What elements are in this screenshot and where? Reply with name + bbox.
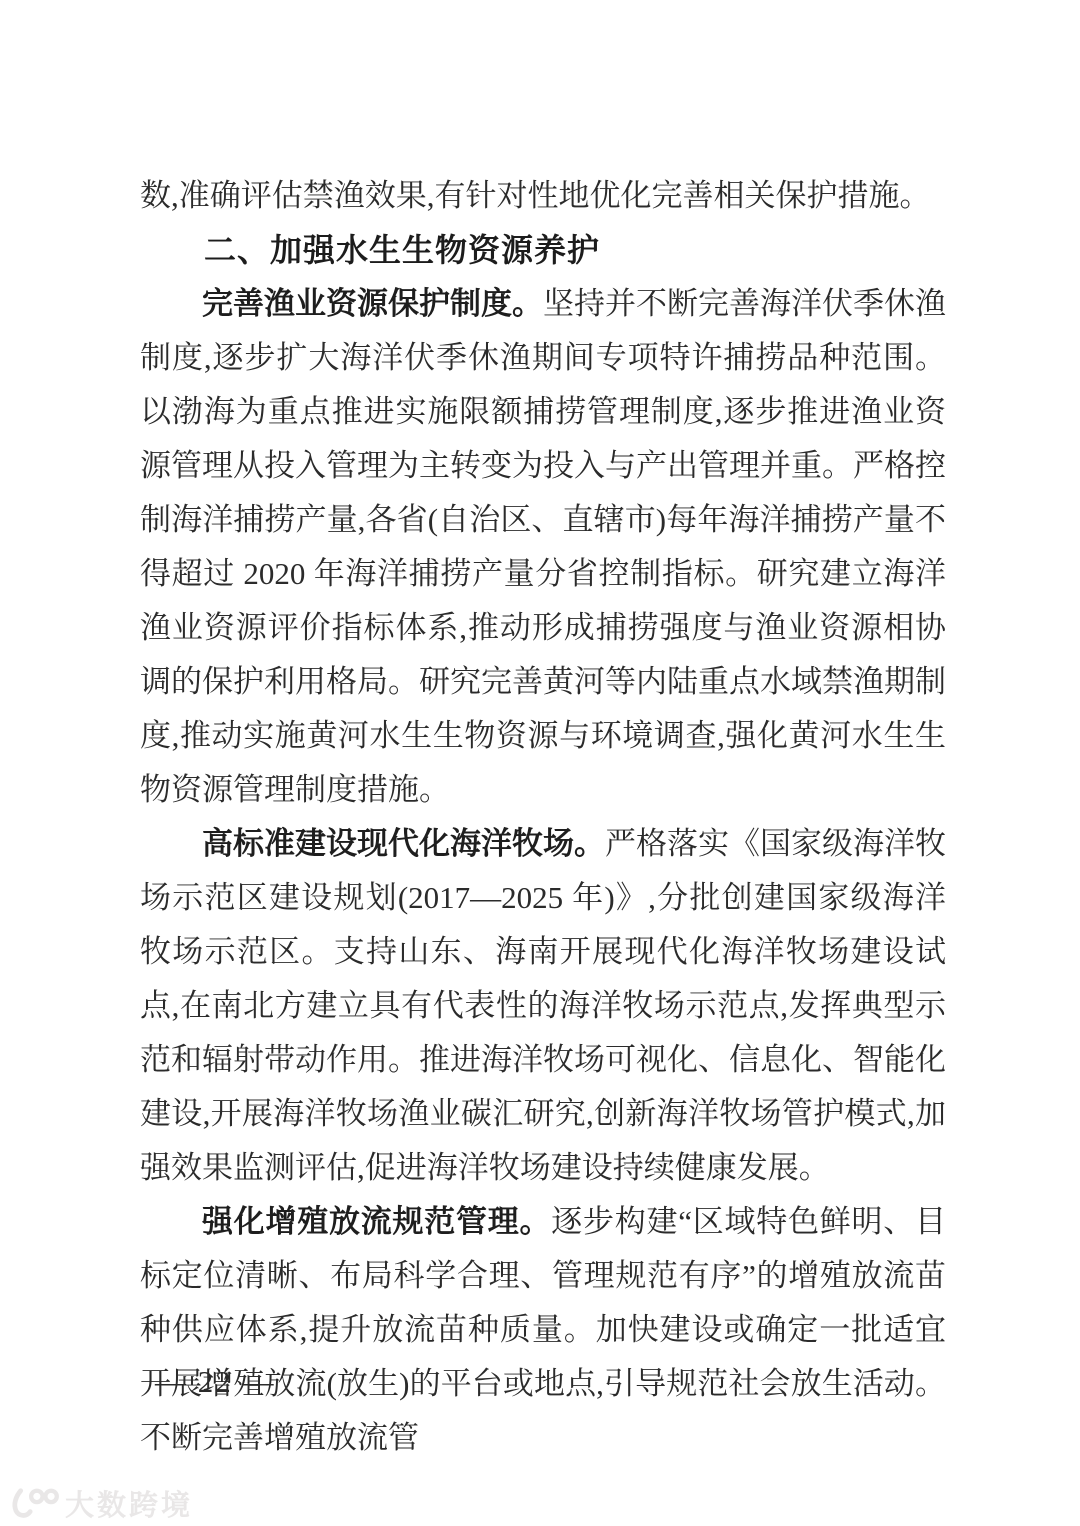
page-number: — 22 — (155, 1362, 276, 1402)
section-heading: 二、加强水生生物资源养护 (140, 223, 946, 277)
paragraph-lead: 完善渔业资源保护制度。 (202, 286, 543, 321)
paragraph: 完善渔业资源保护制度。坚持并不断完善海洋伏季休渔制度,逐步扩大海洋伏季休渔期间专… (140, 277, 946, 817)
watermark: 大数跨境 (8, 1483, 193, 1524)
watermark-text: 大数跨境 (65, 1483, 193, 1524)
paragraph-text: 严格落实《国家级海洋牧场示范区建设规划(2017—2025 年)》,分批创建国家… (140, 826, 946, 1185)
continuation-paragraph: 数,准确评估禁渔效果,有针对性地优化完善相关保护措施。 (140, 169, 946, 223)
paragraph-lead: 高标准建设现代化海洋牧场。 (202, 826, 605, 861)
page-content: 数,准确评估禁渔效果,有针对性地优化完善相关保护措施。 二、加强水生生物资源养护… (140, 169, 946, 1465)
watermark-logo-icon (8, 1485, 60, 1523)
paragraph: 高标准建设现代化海洋牧场。严格落实《国家级海洋牧场示范区建设规划(2017—20… (140, 817, 946, 1195)
paragraph-lead: 强化增殖放流规范管理。 (202, 1204, 551, 1239)
paragraph-text: 逐步构建“区域特色鲜明、目标定位清晰、布局科学合理、管理规范有序”的增殖放流苗种… (140, 1204, 946, 1455)
paragraph: 强化增殖放流规范管理。逐步构建“区域特色鲜明、目标定位清晰、布局科学合理、管理规… (140, 1195, 946, 1465)
document-page: 数,准确评估禁渔效果,有针对性地优化完善相关保护措施。 二、加强水生生物资源养护… (0, 0, 1080, 1526)
paragraph-text: 坚持并不断完善海洋伏季休渔制度,逐步扩大海洋伏季休渔期间专项特许捕捞品种范围。以… (140, 286, 946, 807)
